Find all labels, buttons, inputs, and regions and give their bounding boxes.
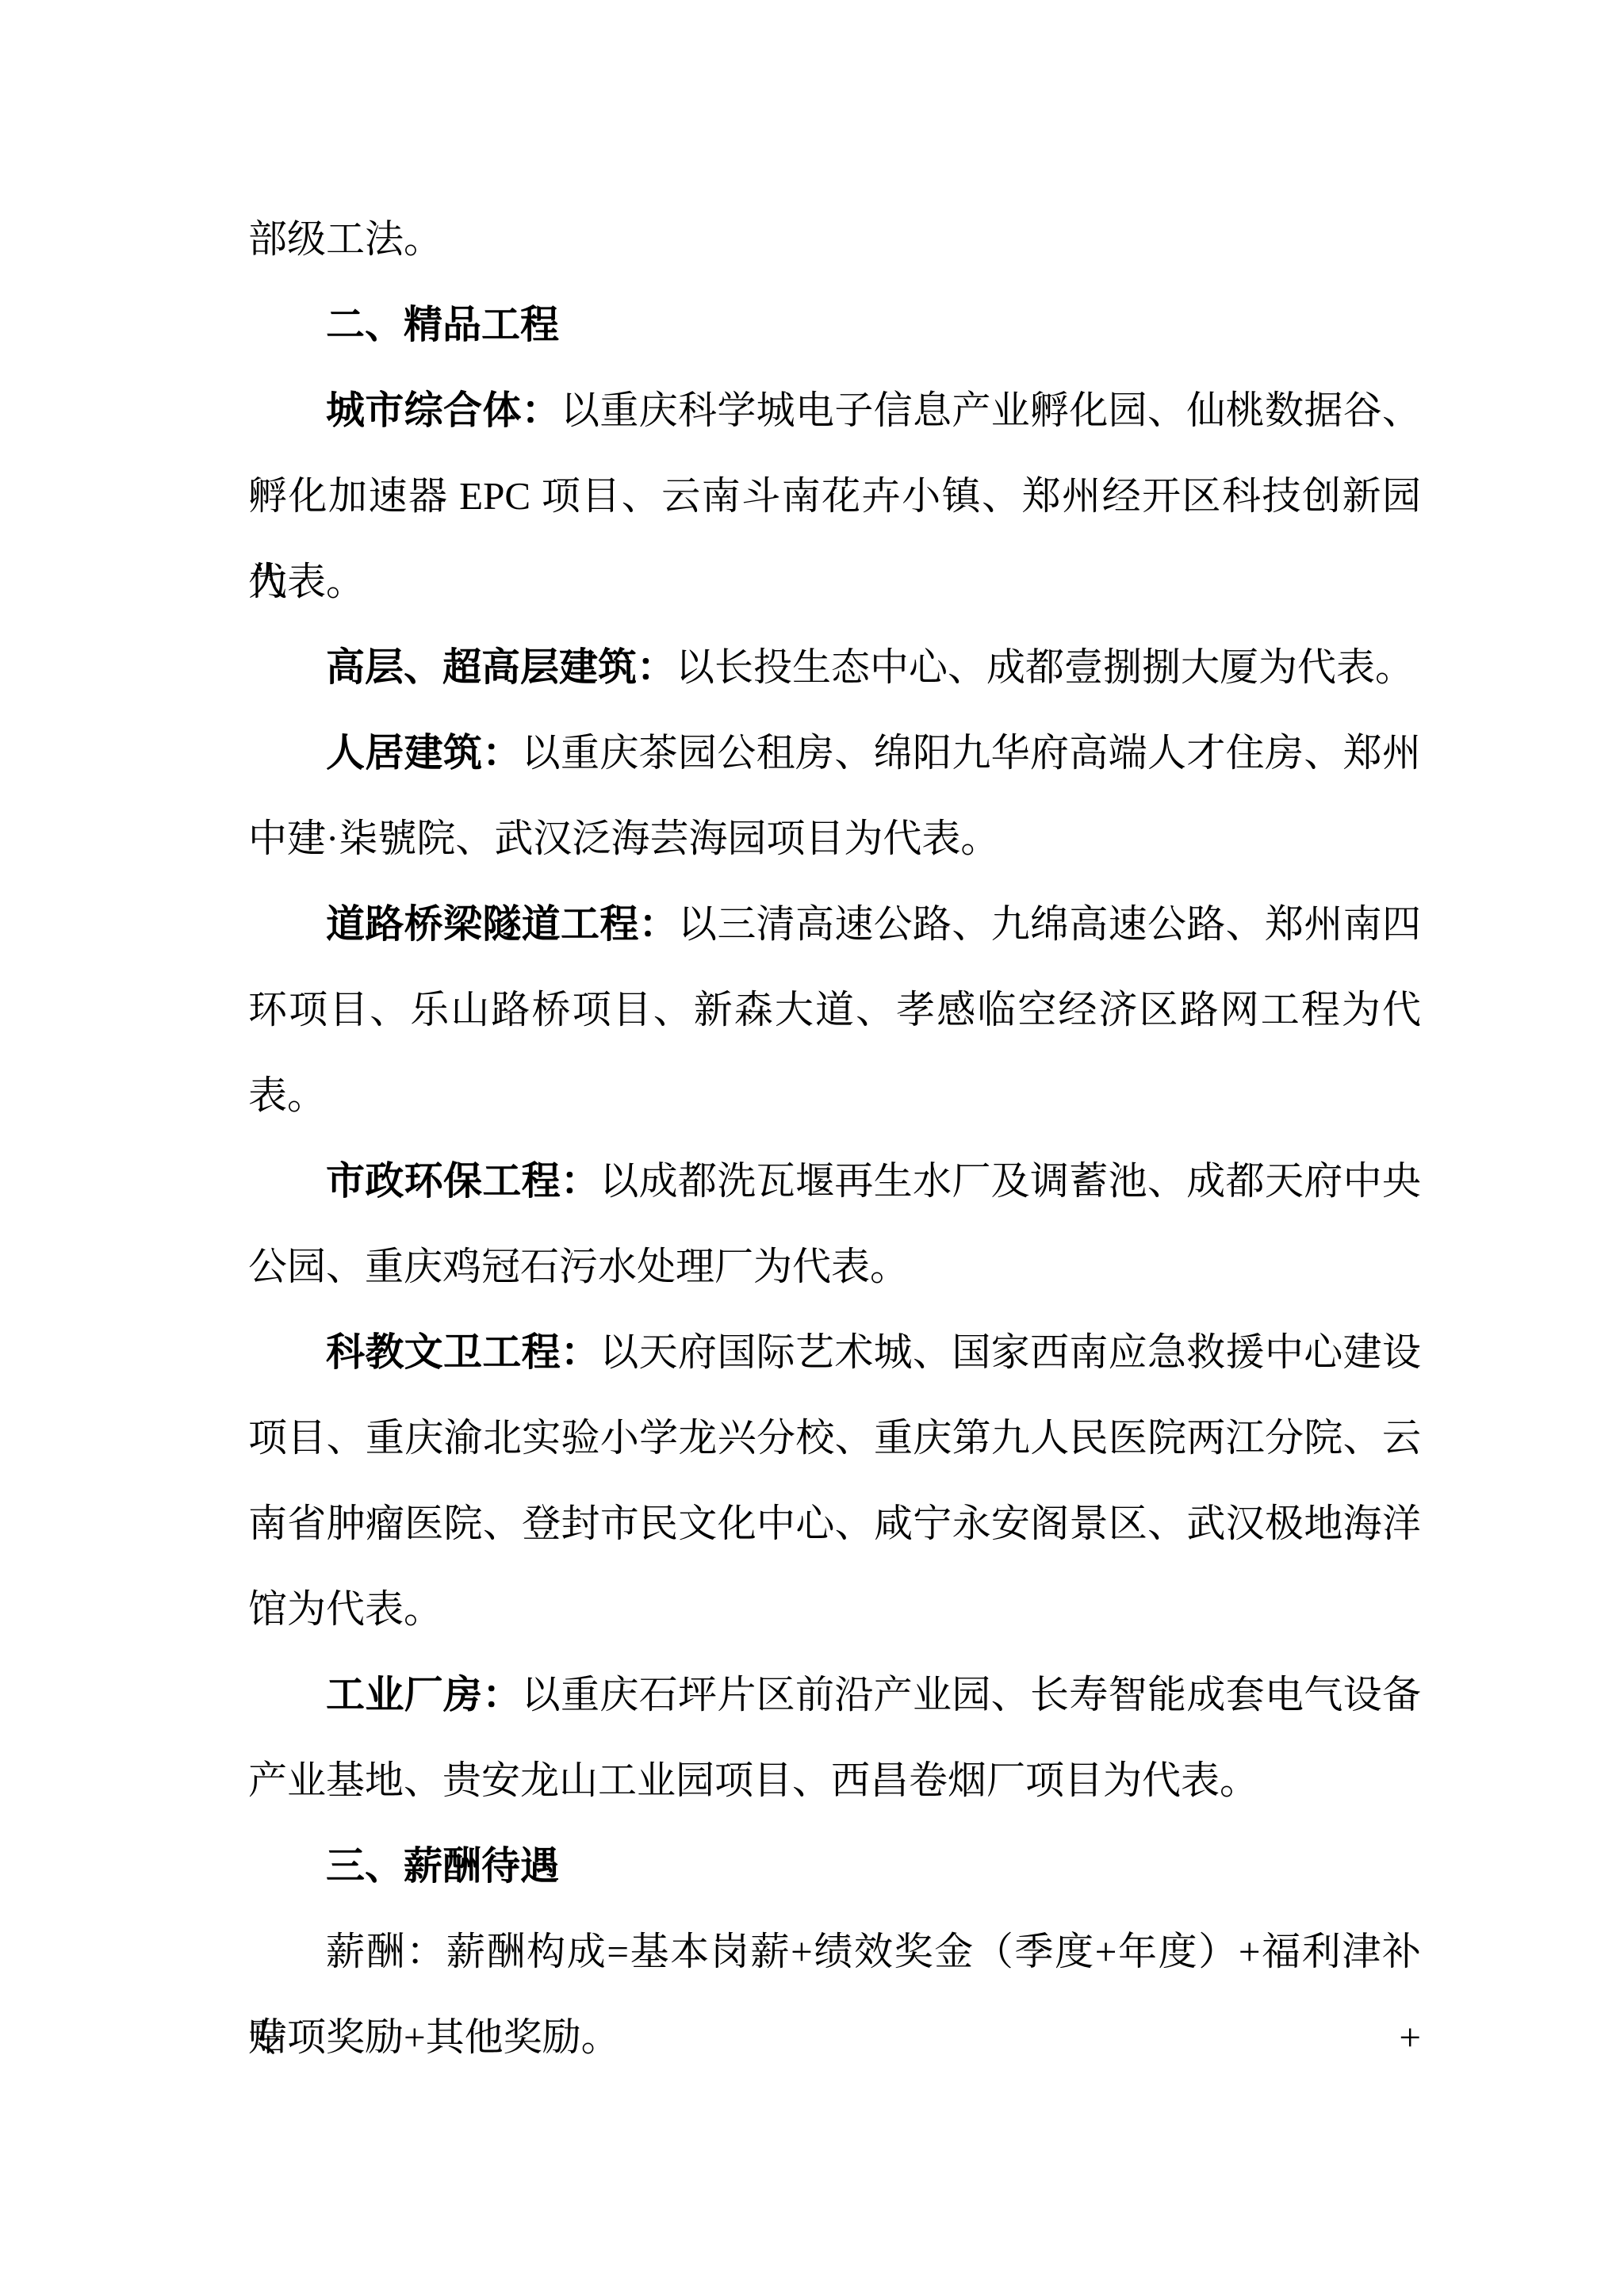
text-run: 以重庆石坪片区前沿产业园、长寿智能成套电气设备 xyxy=(522,1673,1421,1716)
bold-label: 人居建筑： xyxy=(326,732,522,775)
text-line: 表。 xyxy=(248,1053,1421,1138)
bold-label: 三、薪酬待遇 xyxy=(326,1845,559,1888)
text-run: 产业基地、贵安龙山工业园项目、西昌卷烟厂项目为代表。 xyxy=(248,1758,1258,1802)
bold-label: 二、精品工程 xyxy=(326,304,559,346)
text-line: 科教文卫工程：以天府国际艺术城、国家西南应急救援中心建设 xyxy=(248,1310,1421,1395)
text-line: 道路桥梁隧道工程：以三清高速公路、九绵高速公路、郑州南四 xyxy=(248,882,1421,967)
text-run: 南省肿瘤医院、登封市民文化中心、咸宁永安阁景区、武汉极地海洋 xyxy=(248,1502,1421,1545)
text-line: 中建·柒號院、武汉泛海芸海园项目为代表。 xyxy=(248,796,1421,882)
text-run: 以三清高速公路、九绵高速公路、郑州南四 xyxy=(678,902,1421,946)
text-line: 高层、超高层建筑：以长投生态中心、成都壹捌捌大厦为代表。 xyxy=(248,625,1421,710)
text-run: 表。 xyxy=(248,1073,326,1117)
bold-label: 道路桥梁隧道工程： xyxy=(326,903,678,946)
heading-line: 二、精品工程 xyxy=(248,282,1421,368)
text-line: 城市综合体：以重庆科学城电子信息产业孵化园、仙桃数据谷、 xyxy=(248,368,1421,453)
text-line: 环项目、乐山路桥项目、新森大道、孝感临空经济区路网工程为代 xyxy=(248,967,1421,1053)
bold-label: 市政环保工程： xyxy=(326,1160,599,1203)
text-line: 公园、重庆鸡冠石污水处理厂为代表。 xyxy=(248,1224,1421,1310)
text-line: 孵化加速器 EPC 项目、云南斗南花卉小镇、郑州经开区科技创新园为 xyxy=(248,453,1421,539)
bold-label: 科教文卫工程： xyxy=(326,1331,599,1374)
text-run: 以重庆科学城电子信息产业孵化园、仙桃数据谷、 xyxy=(561,388,1421,432)
text-run: 中建·柒號院、武汉泛海芸海园项目为代表。 xyxy=(248,817,999,860)
bold-label: 工业厂房： xyxy=(326,1674,522,1716)
text-line: 部级工法。 xyxy=(248,197,1421,282)
text-line: 项目、重庆渝北实验小学龙兴分校、重庆第九人民医院两江分院、云 xyxy=(248,1395,1421,1481)
text-run: 公园、重庆鸡冠石污水处理厂为代表。 xyxy=(248,1245,909,1288)
text-line: 产业基地、贵安龙山工业园项目、西昌卷烟厂项目为代表。 xyxy=(248,1738,1421,1823)
text-line: 薪酬：薪酬构成=基本岗薪+绩效奖金（季度+年度）+福利津补贴+ xyxy=(248,1909,1421,1995)
text-line: 市政环保工程：以成都洗瓦堰再生水厂及调蓄池、成都天府中央 xyxy=(248,1138,1421,1224)
text-run: 以重庆茶园公租房、绵阳九华府高端人才住房、郑州 xyxy=(522,731,1421,775)
heading-line: 三、薪酬待遇 xyxy=(248,1823,1421,1909)
text-run: 以天府国际艺术城、国家西南应急救援中心建设 xyxy=(599,1330,1421,1374)
text-line: 代表。 xyxy=(248,539,1421,625)
text-line: 南省肿瘤医院、登封市民文化中心、咸宁永安阁景区、武汉极地海洋 xyxy=(248,1481,1421,1567)
bold-label: 高层、超高层建筑： xyxy=(326,646,676,689)
text-line: 工业厂房：以重庆石坪片区前沿产业园、长寿智能成套电气设备 xyxy=(248,1652,1421,1738)
document-body: 部级工法。二、精品工程城市综合体：以重庆科学城电子信息产业孵化园、仙桃数据谷、孵… xyxy=(248,197,1421,2080)
text-run: 以长投生态中心、成都壹捌捌大厦为代表。 xyxy=(676,645,1414,689)
text-run: 馆为代表。 xyxy=(248,1587,442,1631)
text-run: 部级工法。 xyxy=(248,217,442,261)
text-run: 专项奖励+其他奖励。 xyxy=(248,2015,620,2059)
text-run: 以成都洗瓦堰再生水厂及调蓄池、成都天府中央 xyxy=(599,1159,1421,1203)
bold-label: 城市综合体： xyxy=(326,389,561,432)
document-page: 部级工法。二、精品工程城市综合体：以重庆科学城电子信息产业孵化园、仙桃数据谷、孵… xyxy=(0,0,1624,2296)
text-run: 项目、重庆渝北实验小学龙兴分校、重庆第九人民医院两江分院、云 xyxy=(248,1416,1421,1460)
text-run: 代表。 xyxy=(248,560,365,603)
text-line: 人居建筑：以重庆茶园公租房、绵阳九华府高端人才住房、郑州 xyxy=(248,710,1421,796)
text-run: 环项目、乐山路桥项目、新森大道、孝感临空经济区路网工程为代 xyxy=(248,988,1421,1031)
text-line: 馆为代表。 xyxy=(248,1567,1421,1652)
